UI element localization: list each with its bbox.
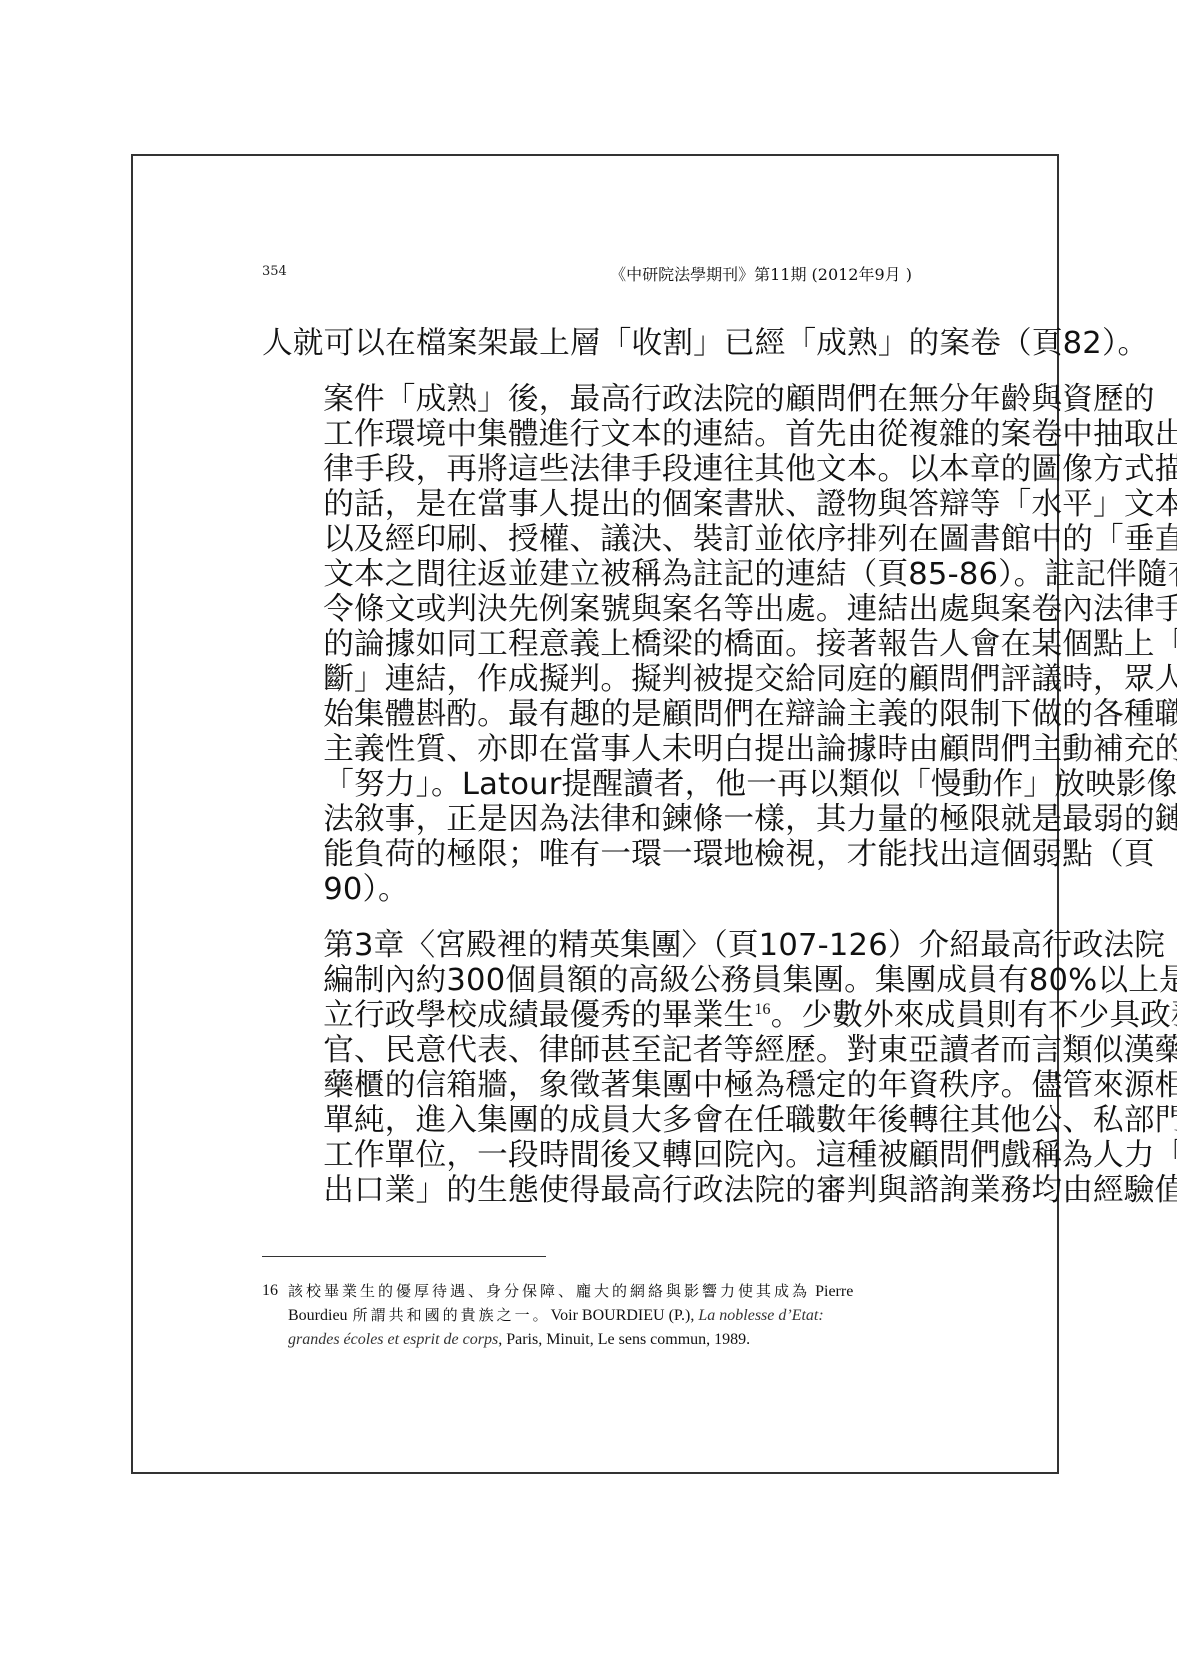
text-line: 案件「成熟」後，最高行政法院的顧問們在無分年齡與資歷的 <box>262 382 918 417</box>
text-line: 「努力」。Latour提醒讀者，他一再以類似「慢動作」放映影像的筆 <box>262 767 918 802</box>
paragraph-3: 第3章〈宮殿裡的精英集團〉（頁107-126）介紹最高行政法院 編制內約300個… <box>262 928 918 1208</box>
footnote-text: , Paris, Minuit, Le sens commun, 1989. <box>498 1331 750 1348</box>
text-line: 以及經印刷、授權、議決、裝訂並依序排列在圖書館中的「垂直」 <box>262 522 918 557</box>
paragraph-1: 人就可以在檔案架最上層「收割」已經「成熟」的案卷（頁82）。 <box>262 326 918 361</box>
footnote-text: 該校畢業生的優厚待遇、身分保障、龐大的網絡與影響力使其成為 <box>288 1282 810 1300</box>
text-line: 斷」連結，作成擬判。擬判被提交給同庭的顧問們評議時，眾人開 <box>262 662 918 697</box>
text-line: 主義性質、亦即在當事人未明白提出論據時由顧問們主動補充的 <box>262 732 918 767</box>
text-line: 90）。 <box>262 872 918 907</box>
footnote-16: 16 該校畢業生的優厚待遇、身分保障、龐大的網絡與影響力使其成為 Pierre … <box>262 1279 918 1351</box>
text-line: 的話，是在當事人提出的個案書狀、證物與答辯等「水平」文本， <box>262 487 918 522</box>
text-line: 文本之間往返並建立被稱為註記的連結（頁85-86）。註記伴隨有法 <box>262 557 918 592</box>
footnote-book-title: La noblesse d’Etat: <box>698 1307 823 1324</box>
footnote-body: 該校畢業生的優厚待遇、身分保障、龐大的網絡與影響力使其成為 Pierre Bou… <box>288 1279 918 1351</box>
footnote-divider <box>262 1256 546 1257</box>
text-segment: 立行政學校成績最優秀的畢業生 <box>323 998 754 1033</box>
text-line: 藥櫃的信箱牆，象徵著集團中極為穩定的年資秩序。儘管來源相對 <box>262 1068 918 1103</box>
text-line: 法敘事，正是因為法律和鍊條一樣，其力量的極限就是最弱的鏈結 <box>262 802 918 837</box>
footnote-book-title: grandes écoles et esprit de corps <box>288 1331 498 1348</box>
text-line: 令條文或判決先例案號與案名等出處。連結出處與案卷內法律手段 <box>262 592 918 627</box>
text-segment: 。少數外來成員則有不少具政務 <box>771 998 1177 1033</box>
text-line: 人就可以在檔案架最上層「收割」已經「成熟」的案卷（頁82）。 <box>262 326 918 361</box>
text-line: 能負荷的極限；唯有一環一環地檢視，才能找出這個弱點（頁 <box>262 837 918 872</box>
footnote-line: Bourdieu 所謂共和國的貴族之一。Voir BOURDIEU (P.), … <box>288 1303 918 1327</box>
footnote-text: 所謂共和國的貴族之一。 <box>353 1306 551 1324</box>
text-line: 第3章〈宮殿裡的精英集團〉（頁107-126）介紹最高行政法院 <box>262 928 918 963</box>
footnote-ref-16[interactable]: 16 <box>754 1001 770 1018</box>
text-line: 編制內約300個員額的高級公務員集團。集團成員有80%以上是國 <box>262 963 918 998</box>
text-line: 工作單位，一段時間後又轉回院內。這種被顧問們戲稱為人力「進 <box>262 1138 918 1173</box>
page-number: 354 <box>262 264 287 279</box>
text-line: 立行政學校成績最優秀的畢業生16。少數外來成員則有不少具政務 <box>262 998 918 1033</box>
text-line: 官、民意代表、律師甚至記者等經歷。對東亞讀者而言類似漢藥鋪 <box>262 1033 918 1068</box>
text-line: 律手段，再將這些法律手段連往其他文本。以本章的圖像方式描述 <box>262 452 918 487</box>
text-line: 出口業」的生態使得最高行政法院的審判與諮詢業務均由經驗值極 <box>262 1173 918 1208</box>
body-text: 人就可以在檔案架最上層「收割」已經「成熟」的案卷（頁82）。 案件「成熟」後，最… <box>262 326 918 1229</box>
text-line: 工作環境中集體進行文本的連結。首先由從複雜的案卷中抽取出法 <box>262 417 918 452</box>
footnote-text: Pierre <box>815 1283 853 1300</box>
text-line: 的論據如同工程意義上橋梁的橋面。接著報告人會在某個點上「切 <box>262 627 918 662</box>
text-line: 始集體斟酌。最有趣的是顧問們在辯論主義的限制下做的各種職權 <box>262 697 918 732</box>
footnote-line: grandes écoles et esprit de corps, Paris… <box>288 1327 918 1351</box>
running-header: 354 《中研院法學期刊》第11期 (2012年9月 ) <box>262 262 918 286</box>
footnote-number: 16 <box>262 1279 278 1302</box>
footnote-text: Bourdieu <box>288 1307 348 1324</box>
text-line: 單純，進入集團的成員大多會在任職數年後轉往其他公、私部門的 <box>262 1103 918 1138</box>
paragraph-2: 案件「成熟」後，最高行政法院的顧問們在無分年齡與資歷的 工作環境中集體進行文本的… <box>262 382 918 907</box>
journal-title: 《中研院法學期刊》第11期 (2012年9月 ) <box>610 262 912 285</box>
footnote-line: 該校畢業生的優厚待遇、身分保障、龐大的網絡與影響力使其成為 Pierre <box>288 1279 918 1303</box>
footnote-text: Voir BOURDIEU (P.), <box>551 1307 699 1324</box>
